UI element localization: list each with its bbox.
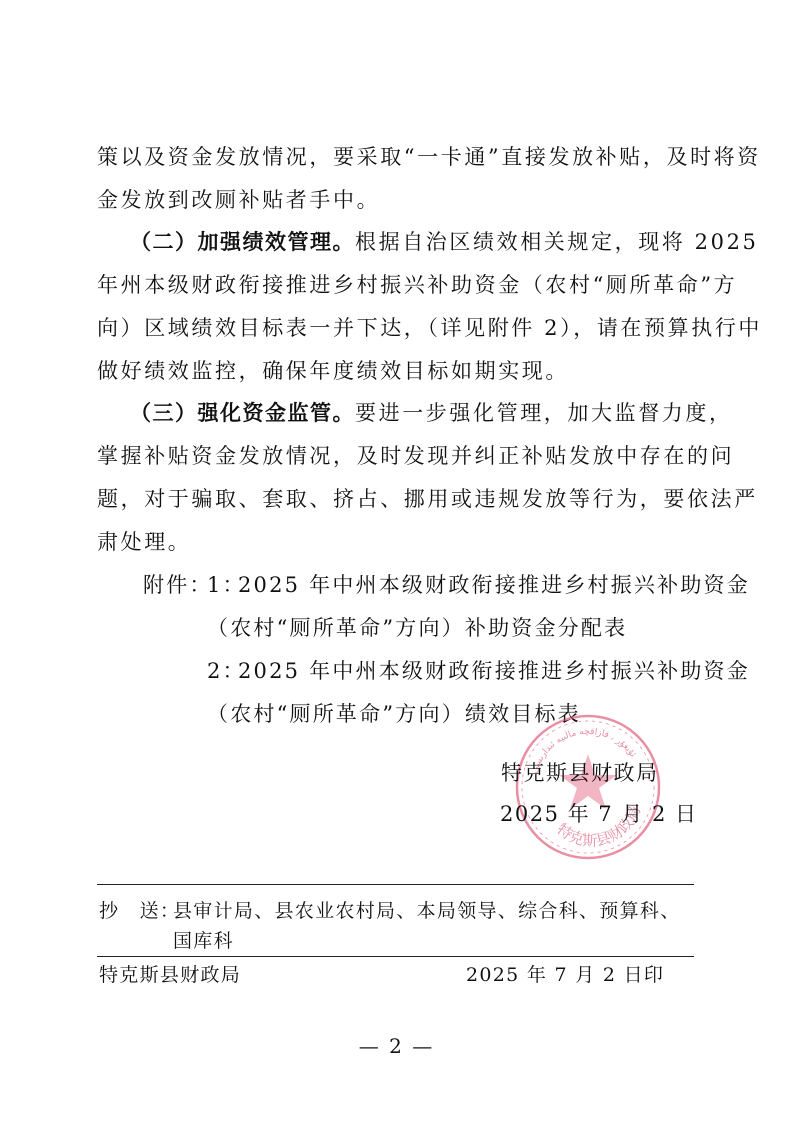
paragraph-3-line-3: 题，对于骗取、套取、挤占、挪用或违规发放等行为，要依法严 bbox=[97, 485, 707, 513]
official-seal-icon: ئۇيغۇر ، قازاقچە مالىيە ئىدارىسى 特克斯县财政局 bbox=[513, 712, 663, 862]
section-heading-3: （三）强化资金监管。 bbox=[130, 401, 355, 425]
paragraph-1-line-2: 金发放到改厕补贴者手中。 bbox=[97, 186, 707, 214]
issuer-name: 特克斯县财政局 bbox=[501, 759, 659, 787]
page-number: — 2 — bbox=[0, 1034, 793, 1058]
issue-date: 2025 年 7 月 2 日 bbox=[500, 800, 698, 828]
paragraph-3-text: 要进一步强化管理，加大监督力度， bbox=[355, 401, 733, 425]
section-heading-2: （二）加强绩效管理。 bbox=[130, 230, 355, 254]
paragraph-2-line-4: 做好绩效监控，确保年度绩效目标如期实现。 bbox=[97, 357, 707, 385]
paragraph-3-first-line: （三）强化资金监管。要进一步强化管理，加大监督力度， bbox=[130, 399, 707, 427]
paragraph-3-line-2: 掌握补贴资金发放情况，及时发现并纠正补贴发放中存在的问 bbox=[97, 442, 707, 470]
cc-recipients-line-2: 国库科 bbox=[173, 928, 234, 954]
footer-top-rule bbox=[97, 884, 694, 885]
attachments-label: 附件： bbox=[143, 571, 213, 599]
paragraph-2-first-line: （二）加强绩效管理。根据自治区绩效相关规定，现将 2025 bbox=[130, 228, 707, 256]
paragraph-2-text: 根据自治区绩效相关规定，现将 2025 bbox=[355, 230, 759, 254]
paragraph-2-line-2: 年州本级财政衔接推进乡村振兴补助资金（农村“厕所革命”方 bbox=[97, 271, 707, 299]
attachment-1-title-line-2: （农村“厕所革命”方向）补助资金分配表 bbox=[207, 614, 627, 642]
cc-label: 抄 送： bbox=[99, 898, 180, 924]
printer-name: 特克斯县财政局 bbox=[99, 962, 241, 988]
paragraph-2-line-3: 向）区域绩效目标表一并下达，（详见附件 2），请在预算执行中 bbox=[97, 314, 707, 342]
footer-middle-rule bbox=[97, 956, 694, 957]
attachment-1-title-line-1: 2025 年中州本级财政衔接推进乡村振兴补助资金 bbox=[238, 571, 750, 599]
cc-recipients-line-1: 县审计局、县农业农村局、本局领导、综合科、预算科、 bbox=[173, 898, 681, 924]
print-date: 2025 年 7 月 2 日印 bbox=[466, 962, 664, 988]
attachment-2-title-line-1: 2025 年中州本级财政衔接推进乡村振兴补助资金 bbox=[238, 657, 750, 685]
paragraph-3-line-4: 肃处理。 bbox=[97, 528, 707, 556]
paragraph-1-line-1: 策以及资金发放情况，要采取“一卡通”直接发放补贴，及时将资 bbox=[97, 143, 707, 171]
